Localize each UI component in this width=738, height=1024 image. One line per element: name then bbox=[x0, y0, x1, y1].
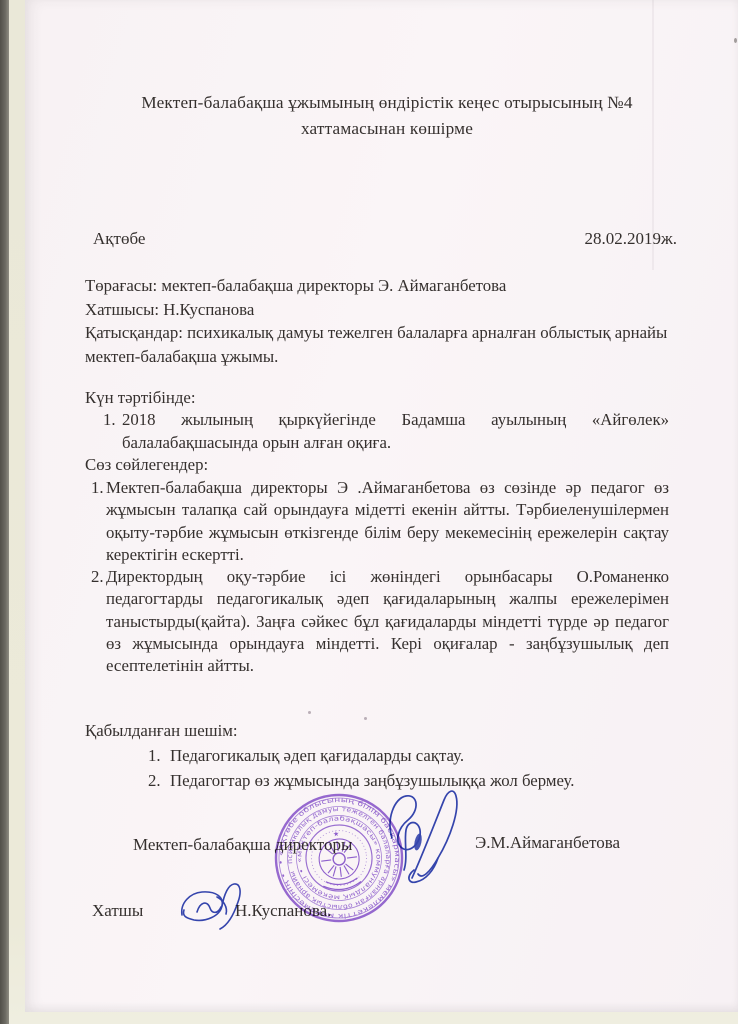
chairman-line: Төрағасы: мектеп-балабақша директоры Э. … bbox=[85, 274, 673, 298]
list-item-text: Мектеп-балабақша директоры Э .Аймаганбет… bbox=[106, 477, 669, 566]
meta-row: Ақтөбе 28.02.2019ж. bbox=[93, 229, 677, 249]
city-label: Ақтөбе bbox=[93, 229, 145, 249]
list-item-number: 1. bbox=[91, 477, 104, 499]
secretary-line: Хатшысы: Н.Куспанова bbox=[85, 298, 673, 322]
list-item-text: 2018 жылының қыркүйегінде Бадамша ауылын… bbox=[122, 409, 669, 454]
document-title: Мектеп-балабақша ұжымының өндірістік кең… bbox=[87, 90, 687, 142]
decision-list: 1.Педагогикалық әдеп қағидаларды сақтау.… bbox=[85, 744, 669, 793]
scanner-edge-strip bbox=[0, 0, 9, 1024]
list-item-number: 2. bbox=[91, 566, 104, 588]
list-item-text: Директордың оқу-тәрбие ісі жөніндегі оры… bbox=[106, 566, 669, 677]
scan-speck bbox=[364, 717, 367, 720]
director-name: Э.М.Аймаганбетова bbox=[475, 833, 620, 853]
date-label: 28.02.2019ж. bbox=[585, 229, 678, 249]
document-page: Мектеп-балабақша ұжымының өндірістік кең… bbox=[25, 0, 738, 1012]
scan-speck bbox=[308, 711, 311, 714]
speakers-heading: Сөз сөйлегендер: bbox=[85, 455, 208, 475]
list-item: 1.Педагогикалық әдеп қағидаларды сақтау. bbox=[85, 744, 669, 769]
list-item-number: 2. bbox=[148, 769, 161, 794]
secretary-signature bbox=[177, 879, 251, 933]
scanned-page-background: Мектеп-балабақша ұжымының өндірістік кең… bbox=[0, 0, 738, 1024]
stamp-emblem-icon bbox=[317, 837, 363, 892]
list-item-number: 1. bbox=[103, 409, 116, 432]
scan-speck bbox=[734, 38, 737, 43]
list-item-text: Педагогикалық әдеп қағидаларды сақтау. bbox=[170, 744, 669, 769]
speakers-list: 1.Мектеп-балабақша директоры Э .Аймаганб… bbox=[85, 477, 669, 678]
agenda-heading: Күн тәртібінде: bbox=[85, 388, 196, 408]
list-item: 2.Директордың оқу-тәрбие ісі жөніндегі о… bbox=[85, 566, 669, 677]
secretary-signature-label: Хатшы bbox=[92, 901, 143, 921]
participants-line: Қатысқандар: психикалық дамуы тежелген б… bbox=[85, 321, 673, 368]
list-item: 1.Мектеп-балабақша директоры Э .Аймаганб… bbox=[85, 477, 669, 566]
decision-heading: Қабылданған шешім: bbox=[85, 721, 238, 741]
stamp-star-icon: ★ bbox=[332, 830, 339, 839]
officials-block: Төрағасы: мектеп-балабақша директоры Э. … bbox=[85, 274, 673, 368]
director-signature bbox=[378, 786, 473, 888]
agenda-list: 1.2018 жылының қыркүйегінде Бадамша ауыл… bbox=[85, 409, 669, 454]
list-item: 1.2018 жылының қыркүйегінде Бадамша ауыл… bbox=[85, 409, 669, 454]
list-item-number: 1. bbox=[148, 744, 161, 769]
